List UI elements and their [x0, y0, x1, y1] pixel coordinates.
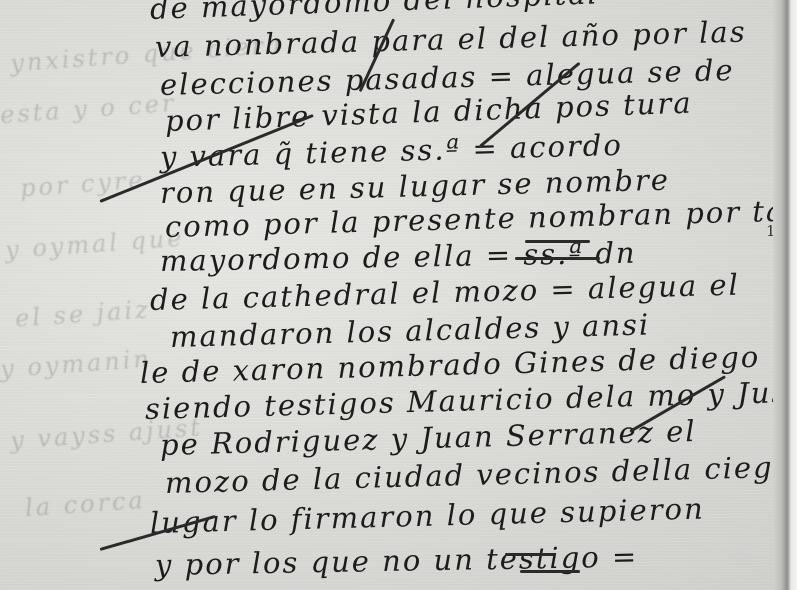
- strike-line: [515, 257, 600, 260]
- manuscript-line: y por los que no un testigo =: [155, 540, 639, 582]
- manuscript-page: ynxistro que ciera esta y o cer por cyre…: [0, 0, 797, 590]
- strike-line: [520, 570, 580, 573]
- bleed-through-line: y oymal que: [4, 224, 185, 264]
- bleed-through-line: el se jaiz: [14, 295, 151, 332]
- strike-line: [525, 240, 590, 243]
- bleed-through-line: por cyre: [19, 166, 146, 203]
- bleed-through-line: esta y o cer: [0, 89, 177, 129]
- page-edge: [773, 0, 797, 590]
- manuscript-line: lugar lo firmaron lo que supieron: [150, 491, 706, 540]
- bleed-through-line: y oymanin: [0, 345, 153, 384]
- strike-line: [505, 553, 555, 556]
- bleed-through-line: la corca: [24, 486, 146, 522]
